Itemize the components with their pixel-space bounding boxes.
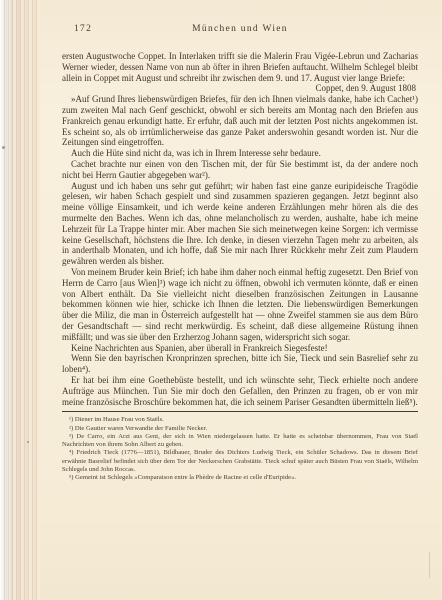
letter-paragraph: Er hat bei ihm eine Goethebüste bestellt…	[62, 375, 418, 407]
book-page-scan: 172 München und Wien ersten Augustwoche …	[0, 0, 442, 600]
footnote: ⁵) Gemeint ist Schlegels »Comparaison en…	[62, 474, 418, 482]
running-title: München und Wien	[62, 24, 418, 34]
footnotes: ¹) Diener im Hause Frau von Staëls. ²) D…	[62, 416, 418, 482]
paper-speck	[27, 441, 29, 443]
letter-paragraph: August und ich haben uns sehr gut geführ…	[62, 181, 418, 267]
footnote: ²) Die Gautier waren Verwandte der Famil…	[62, 425, 418, 433]
paper-scratch	[429, 552, 430, 578]
footnote-divider	[62, 411, 418, 412]
letter-dateline: Coppet, den 9. August 1808	[62, 83, 418, 94]
footnote: ⁴) Friedrich Tieck (1776—1851), Bildhaue…	[62, 449, 418, 474]
letter-paragraph: Keine Nachrichten aus Spanien, aber über…	[62, 343, 418, 354]
letter-paragraph: Von meinem Bruder kein Brief; ich habe i…	[62, 267, 418, 343]
body-text: ersten Augustwoche Coppet. In Interlaken…	[62, 51, 418, 407]
page-header: 172 München und Wien	[62, 24, 418, 35]
footnote: ¹) Diener im Hause Frau von Staëls.	[62, 416, 418, 424]
letter-paragraph: Cachet brachte nur einen von den Tischen…	[62, 159, 418, 181]
letter-paragraph: Wenn Sie den bayrischen Kronprinzen spre…	[62, 353, 418, 375]
page-content: 172 München und Wien ersten Augustwoche …	[62, 24, 418, 483]
letter-paragraph: Auch die Hüte sind nicht da, was ich in …	[62, 148, 418, 159]
book-edge-page-lines	[4, 0, 38, 600]
footnote: ³) De Carro, ein Arzt aus Gent, der sich…	[62, 433, 418, 450]
intro-paragraph: ersten Augustwoche Coppet. In Interlaken…	[62, 51, 418, 83]
paper-speck	[2, 146, 5, 149]
letter-paragraph: »Auf Grund Ihres liebenswürdigen Briefes…	[62, 94, 418, 148]
